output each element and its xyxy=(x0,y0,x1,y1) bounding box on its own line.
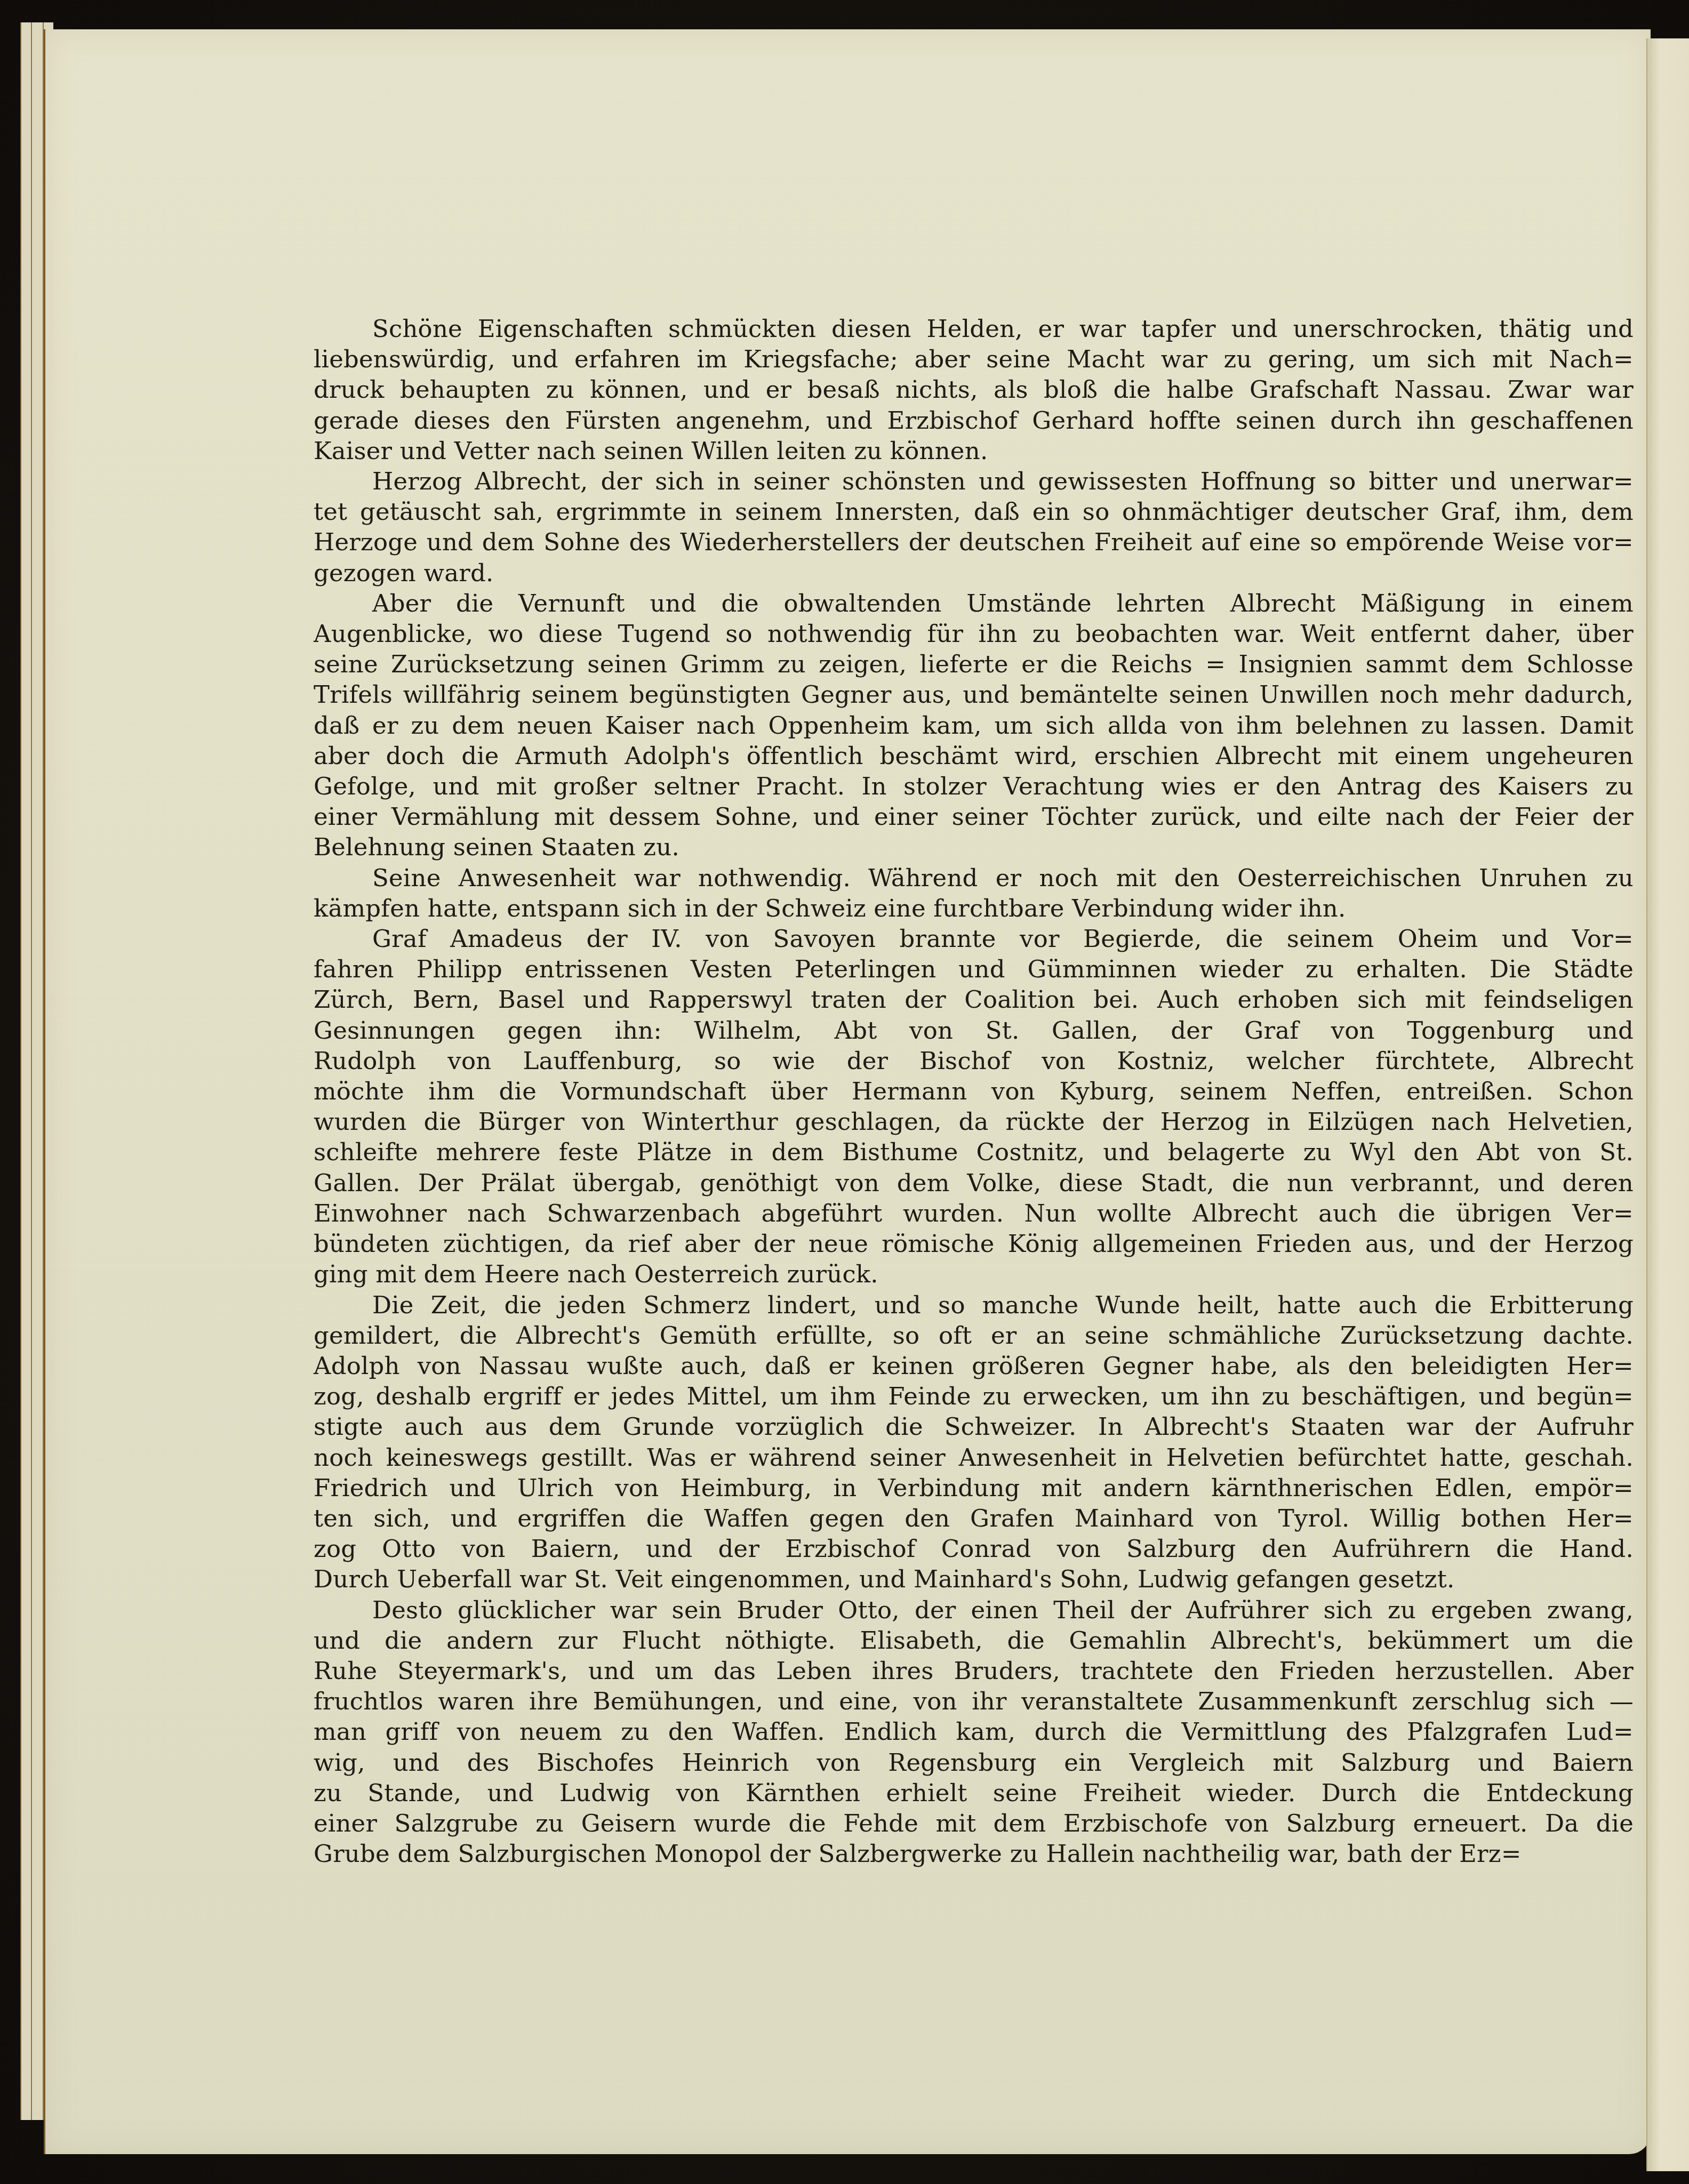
text-line: Durch Ueberfall war St. Veit eingenommen… xyxy=(255,1564,1634,1594)
body-text: Schöne Eigenschaften schmückten diesen H… xyxy=(314,314,1634,1869)
text-line: gezogen ward. xyxy=(255,558,1634,588)
text-line: man griff von neuem zu den Waffen. Endli… xyxy=(255,1716,1634,1747)
text-line: Augenblicke, wo diese Tugend so nothwend… xyxy=(255,619,1634,649)
text-line: noch keineswegs gestillt. Was er während… xyxy=(255,1442,1634,1473)
text-line: Gesinnungen gegen ihn: Wilhelm, Abt von … xyxy=(255,1015,1634,1046)
text-line: einer Salzgrube zu Geisern wurde die Feh… xyxy=(255,1808,1634,1838)
text-line: Zürch, Bern, Basel und Rapperswyl traten… xyxy=(255,984,1634,1015)
text-line: gemildert, die Albrecht's Gemüth erfüllt… xyxy=(255,1320,1634,1351)
paragraph: Die Zeit, die jeden Schmerz lindert, und… xyxy=(314,1290,1634,1595)
text-line: Aber die Vernunft und die obwaltenden Um… xyxy=(314,588,1634,619)
text-line: wig, und des Bischofes Heinrich von Rege… xyxy=(255,1747,1634,1778)
text-line: Herzog Albrecht, der sich in seiner schö… xyxy=(314,466,1634,496)
text-line: Seine Anwesenheit war nothwendig. Währen… xyxy=(314,863,1634,893)
text-line: zu Stande, und Ludwig von Kärnthen erhie… xyxy=(255,1778,1634,1808)
paragraph: Desto glücklicher war sein Bruder Otto, … xyxy=(314,1595,1634,1869)
text-line: fruchtlos waren ihre Bemühungen, und ein… xyxy=(255,1686,1634,1716)
adjacent-page-fold xyxy=(1646,38,1689,2171)
text-line: Friedrich und Ulrich von Heimburg, in Ve… xyxy=(255,1473,1634,1503)
text-line: Kaiser und Vetter nach seinen Willen lei… xyxy=(255,436,1634,466)
text-line: ten sich, und ergriffen die Waffen gegen… xyxy=(255,1503,1634,1533)
text-line: tet getäuscht sah, ergrimmte in seinem I… xyxy=(255,496,1634,527)
text-line: stigte auch aus dem Grunde vorzüglich di… xyxy=(255,1411,1634,1442)
page-edge-line xyxy=(31,22,32,2120)
text-line: Trifels willfährig seinem begünstigten G… xyxy=(255,679,1634,710)
text-line: Gallen. Der Prälat übergab, genöthigt vo… xyxy=(255,1168,1634,1198)
text-line: ging mit dem Heere nach Oesterreich zurü… xyxy=(255,1259,1634,1289)
text-line: einer Vermählung mit dessem Sohne, und e… xyxy=(255,801,1634,832)
text-line: kämpfen hatte, entspann sich in der Schw… xyxy=(255,893,1634,924)
paragraph: Aber die Vernunft und die obwaltenden Um… xyxy=(314,588,1634,863)
paragraph: Schöne Eigenschaften schmückten diesen H… xyxy=(314,314,1634,466)
text-line: fahren Philipp entrissenen Vesten Peterl… xyxy=(255,954,1634,984)
text-line: druck behaupten zu können, und er besaß … xyxy=(255,374,1634,405)
text-line: Ruhe Steyermark's, und um das Leben ihre… xyxy=(255,1656,1634,1686)
text-line: daß er zu dem neuen Kaiser nach Oppenhei… xyxy=(255,710,1634,741)
text-line: wurden die Bürger von Winterthur geschla… xyxy=(255,1106,1634,1137)
text-line: seine Zurücksetzung seinen Grimm zu zeig… xyxy=(255,649,1634,679)
text-line: Rudolph von Lauffenburg, so wie der Bisc… xyxy=(255,1046,1634,1076)
text-line: schleifte mehrere feste Plätze in dem Bi… xyxy=(255,1137,1634,1167)
paragraph: Graf Amadeus der IV. von Savoyen brannte… xyxy=(314,924,1634,1289)
text-line: und die andern zur Flucht nöthigte. Elis… xyxy=(255,1625,1634,1656)
text-line: Die Zeit, die jeden Schmerz lindert, und… xyxy=(314,1290,1634,1320)
text-line: Grube dem Salzburgischen Monopol der Sal… xyxy=(255,1838,1634,1869)
text-line: zog Otto von Baiern, und der Erzbischof … xyxy=(255,1533,1634,1564)
text-line: bündeten züchtigen, da rief aber der neu… xyxy=(255,1228,1634,1259)
paragraph: Herzog Albrecht, der sich in seiner schö… xyxy=(314,466,1634,588)
text-line: Graf Amadeus der IV. von Savoyen brannte… xyxy=(314,924,1634,954)
text-line: aber doch die Armuth Adolph's öffentlich… xyxy=(255,741,1634,771)
text-line: Adolph von Nassau wußte auch, daß er kei… xyxy=(255,1351,1634,1381)
text-line: Schöne Eigenschaften schmückten diesen H… xyxy=(314,314,1634,344)
text-line: Desto glücklicher war sein Bruder Otto, … xyxy=(314,1595,1634,1625)
text-line: Gefolge, und mit großer seltner Pracht. … xyxy=(255,771,1634,801)
text-line: Einwohner nach Schwarzenbach abgeführt w… xyxy=(255,1198,1634,1228)
text-line: Belehnung seinen Staaten zu. xyxy=(255,832,1634,862)
text-line: möchte ihm die Vormundschaft über Herman… xyxy=(255,1076,1634,1106)
text-line: liebenswürdig, und erfahren im Kriegsfac… xyxy=(255,344,1634,374)
text-line: Herzoge und dem Sohne des Wiederherstell… xyxy=(255,527,1634,557)
text-line: zog, deshalb ergriff er jedes Mittel, um… xyxy=(255,1381,1634,1411)
text-line: gerade dieses den Fürsten angenehm, und … xyxy=(255,405,1634,436)
paragraph: Seine Anwesenheit war nothwendig. Währen… xyxy=(314,863,1634,924)
